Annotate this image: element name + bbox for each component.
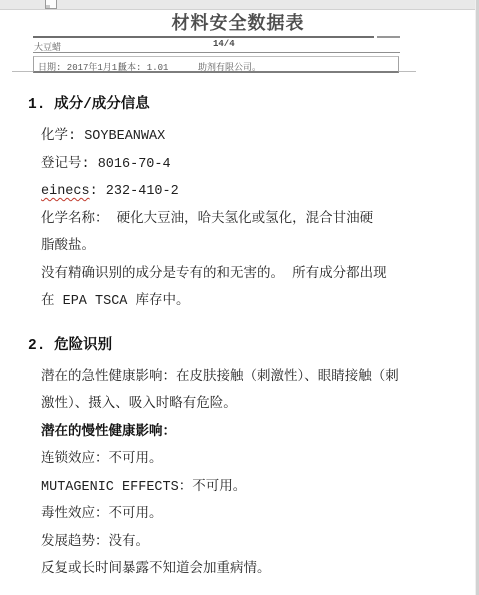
document-title: 材料安全数据表 bbox=[0, 15, 476, 35]
section-heading-hazard: 2. 危险识别 bbox=[28, 336, 476, 356]
text-line: 没有精确识别的成分是专有的和无害的。 所有成分都出现 bbox=[41, 261, 476, 289]
document-content: 1. 成分/成分信息 化学: SOYBEANWAX登记号: 8016-70-4e… bbox=[0, 88, 476, 584]
section-lines: 化学: SOYBEANWAX登记号: 8016-70-4einecs: 232-… bbox=[0, 123, 476, 316]
header-info-box: 日期: 2017年1月1日 版本: 1.01 助剂有限公司。 bbox=[33, 56, 399, 73]
document-page[interactable]: 材料安全数据表 大豆蜡 14/4 日期: 2017年1月1日 版本: 1.01 … bbox=[0, 10, 476, 595]
text-line: 激性）、摄入、吸入时略有危险。 bbox=[41, 391, 476, 419]
version-label: 版本: 1.01 bbox=[118, 60, 168, 73]
text-line: 毒性效应：不可用。 bbox=[41, 501, 476, 529]
text-line: 脂酸盐。 bbox=[41, 233, 476, 261]
document-viewer: { "header": { "title": "材料安全数据表", "produ… bbox=[0, 0, 479, 595]
margin-mark-right bbox=[399, 71, 416, 72]
margin-mark-left bbox=[12, 71, 33, 72]
section-heading-composition: 1. 成分/成分信息 bbox=[28, 95, 476, 115]
page-number: 14/4 bbox=[213, 39, 235, 49]
text-line: 潜在的急性健康影响：在皮肤接触（刺激性）、眼睛接触（刺 bbox=[41, 364, 476, 392]
text-line: MUTAGENIC EFFECTS：不可用。 bbox=[41, 474, 476, 502]
page-gap-strip bbox=[0, 0, 479, 10]
page-break-icon bbox=[45, 0, 57, 9]
text-line: 反复或长时间暴露不知道会加重病情。 bbox=[41, 556, 476, 584]
text-line: 化学: SOYBEANWAX bbox=[41, 123, 476, 151]
text-line: 登记号: 8016-70-4 bbox=[41, 151, 476, 179]
text-line: 化学名称： 硬化大豆油，哈夫氢化或氢化，混合甘油硬 bbox=[41, 206, 476, 234]
title-rule bbox=[33, 36, 374, 38]
page-right-edge bbox=[475, 0, 479, 595]
section-composition: 1. 成分/成分信息 化学: SOYBEANWAX登记号: 8016-70-4e… bbox=[0, 95, 476, 316]
text-line: einecs: 232-410-2 bbox=[41, 178, 476, 206]
title-rule-right bbox=[377, 36, 400, 38]
date-label: 日期: 2017年1月1日 bbox=[38, 60, 126, 73]
section-lines: 潜在的急性健康影响：在皮肤接触（刺激性）、眼睛接触（刺激性）、摄入、吸入时略有危… bbox=[0, 364, 476, 584]
text-line: 在 EPA TSCA 库存中。 bbox=[41, 288, 476, 316]
header-rule bbox=[33, 52, 400, 53]
misspelled-word: einecs bbox=[41, 184, 90, 199]
company-name: 助剂有限公司。 bbox=[198, 60, 261, 73]
section-hazard-identification: 2. 危险识别 潜在的急性健康影响：在皮肤接触（刺激性）、眼睛接触（刺激性）、摄… bbox=[0, 336, 476, 584]
text-line: 发展趋势：没有。 bbox=[41, 529, 476, 557]
text-line: 潜在的慢性健康影响： bbox=[41, 419, 476, 447]
text-line: 连锁效应：不可用。 bbox=[41, 446, 476, 474]
